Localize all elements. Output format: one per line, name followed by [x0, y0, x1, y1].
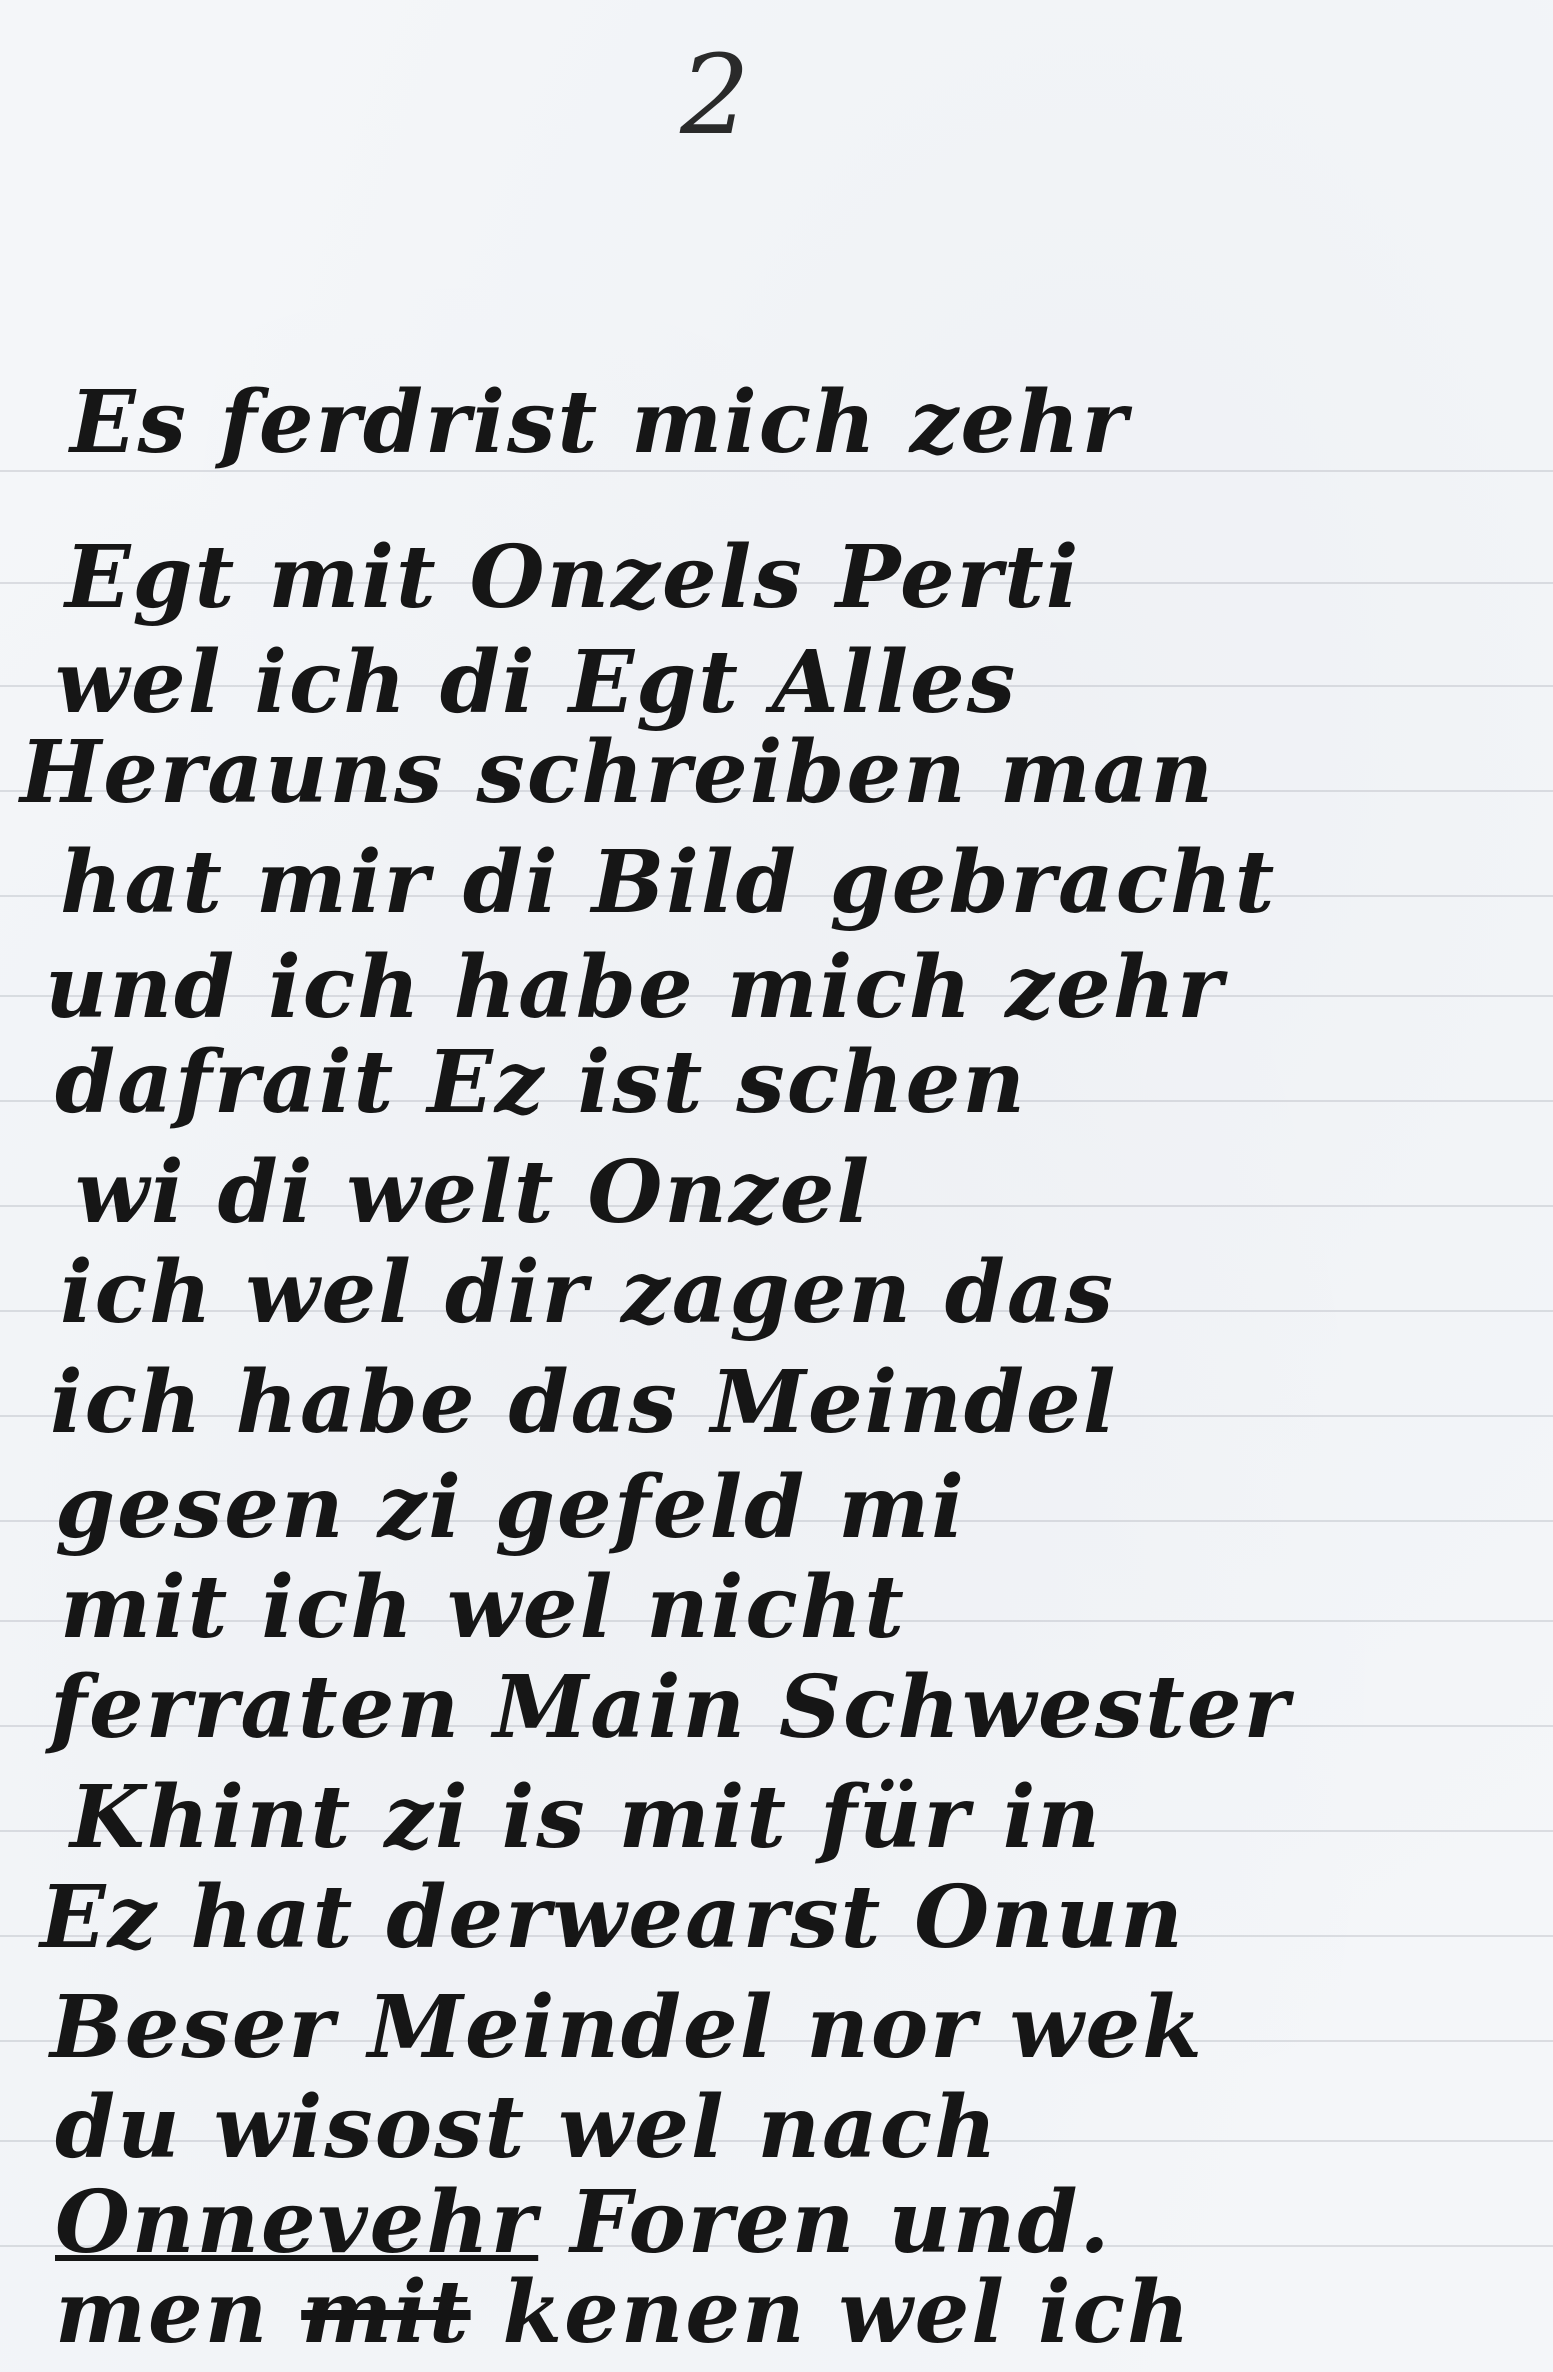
struck-through-word: mit: [301, 2262, 470, 2363]
text-line-11: gesen zi gefeld mi: [55, 1465, 966, 1551]
text-line-4: Herauns schreiben man: [20, 730, 1215, 816]
text-line-12: mit ich wel nicht: [60, 1565, 906, 1651]
text-line-3: wel ich di Egt Alles: [55, 640, 1017, 726]
text-line-17: du wisost wel nach: [55, 2085, 999, 2171]
text-line-2: Egt mit Onzels Perti: [65, 535, 1080, 621]
text-segment: Foren und.: [538, 2172, 1111, 2273]
text-line-14: Khint zi is mit für in: [70, 1775, 1102, 1861]
text-line-8: wi di welt Onzel: [75, 1150, 871, 1236]
text-line-10: ich habe das Meindel: [50, 1360, 1117, 1446]
text-line-19: men mit kenen wel ich: [55, 2270, 1191, 2356]
underlined-word: Onnevehr: [55, 2172, 538, 2273]
page-number: 2: [680, 40, 750, 150]
letter-page: 2 Es ferdrist mich zehr Egt mit Onzels P…: [0, 0, 1553, 2372]
text-line-5: hat mir di Bild gebracht: [60, 840, 1276, 926]
text-segment: kenen wel ich: [471, 2262, 1192, 2363]
text-line-16: Beser Meindel nor wek: [50, 1985, 1204, 2071]
text-line-6: und ich habe mich zehr: [45, 945, 1225, 1031]
text-line-15: Ez hat derwearst Onun: [40, 1875, 1185, 1961]
text-line-7: dafrait Ez ist schen: [55, 1040, 1027, 1126]
text-line-13: ferraten Main Schwester: [50, 1665, 1291, 1751]
text-line-18: Onnevehr Foren und.: [55, 2180, 1112, 2266]
text-line-9: ich wel dir zagen das: [60, 1250, 1115, 1336]
text-segment: men: [55, 2262, 301, 2363]
text-line-1: Es ferdrist mich zehr: [70, 380, 1129, 466]
